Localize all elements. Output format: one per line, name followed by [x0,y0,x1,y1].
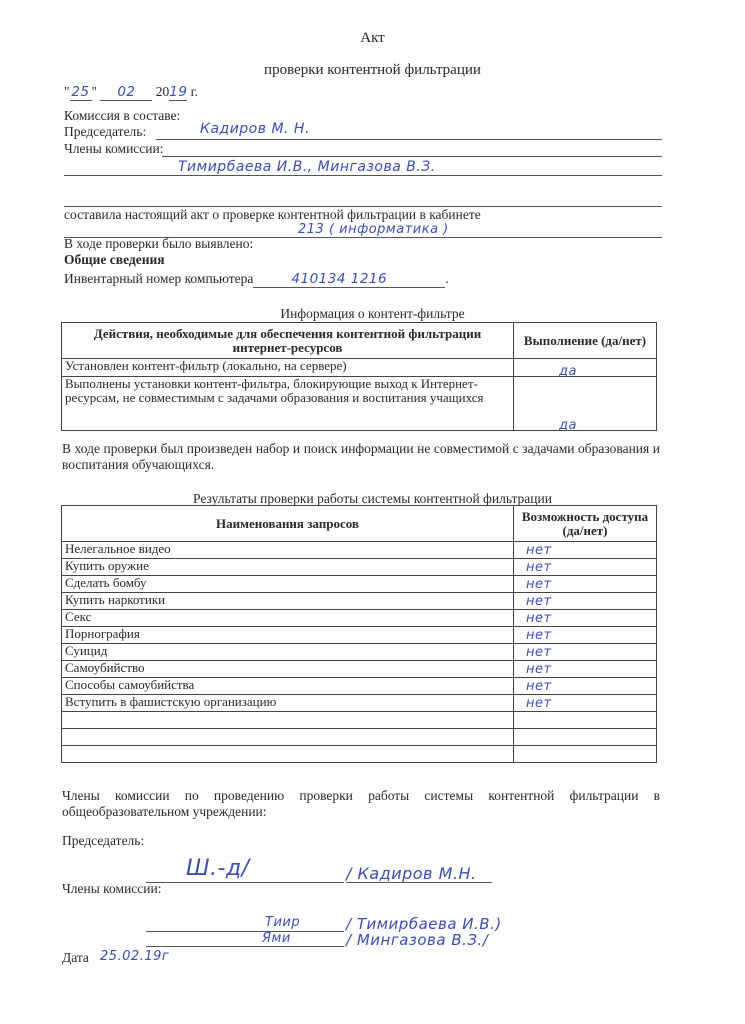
members-value: Тимирбаева И.В., Мингазова В.З. [178,159,436,175]
results-access: нет [526,697,552,711]
date-year: 19 [169,84,187,101]
room-value: 213 ( информатика ) [298,222,449,237]
sig-chair-label: Председатель: [62,833,144,849]
results-access: нет [526,612,552,626]
results-access: нет [526,561,552,575]
date-month: 02 [100,84,152,101]
filter-info-caption: Информация о контент-фильтре [0,306,745,322]
results-query: Сделать бомбу [62,576,514,593]
members-underline-1 [162,156,662,157]
sig-member2-signature: Ями [262,931,291,946]
results-query: Порнография [62,627,514,644]
results-access: нет [526,680,552,694]
results-access: нет [526,595,552,609]
results-query: Способы самоубийства [62,678,514,695]
document-title: Акт [0,30,745,47]
results-access [514,746,657,763]
results-query: Нелегальное видео [62,542,514,559]
signatures-intro: Члены комиссии по проведению проверки ра… [62,788,660,820]
results-query: Вступить в фашистскую организацию [62,695,514,712]
results-query: Купить оружие [62,559,514,576]
filter-info-table: Действия, необходимые для обеспечения ко… [61,322,657,431]
sig-date-label: Дата [62,950,89,966]
results-query [62,746,514,763]
results-query: Суицид [62,644,514,661]
results-col-access: Возможность доступа (да/нет) [514,506,657,542]
results-table: Наименования запросов Возможность доступ… [61,505,657,763]
filter-action: Выполнены установки контент-фильтра, бло… [62,377,514,431]
results-query: Самоубийство [62,661,514,678]
filter-done: да [559,419,577,433]
inventory-value: 410134 1216 [253,271,445,288]
chair-underline [156,139,662,140]
sig-member2-name: / Мингазова В.З./ [346,931,488,949]
results-query: Купить наркотики [62,593,514,610]
results-col-query: Наименования запросов [62,506,514,542]
chair-value: Кадиров М. Н. [200,121,310,137]
results-query [62,712,514,729]
sig-member2-line [146,946,344,947]
sig-chair-signature: Ш.-д/ [186,856,250,881]
results-access: нет [526,544,552,558]
search-paragraph: В ходе проверки был произведен набор и п… [62,441,660,473]
document-subtitle: проверки контентной фильтрации [0,62,745,79]
inventory-row: Инвентарный номер компьютера410134 1216. [64,271,449,288]
members-label: Члены комиссии: [64,141,164,157]
sig-members-label: Члены комиссии: [62,881,162,897]
results-query [62,729,514,746]
filter-col-action: Действия, необходимые для обеспечения ко… [62,323,514,359]
sig-chair-line [146,882,344,883]
compiled-text: составила настоящий акт о проверке конте… [64,207,481,223]
results-access: нет [526,663,552,677]
date-day: 25 [70,84,92,101]
results-query: Секс [62,610,514,627]
filter-action: Установлен контент-фильтр (локально, на … [62,359,514,377]
results-access: нет [526,646,552,660]
sig-chair-name: / Кадиров М.Н. [346,864,477,883]
commission-heading: Комиссия в составе: [64,108,180,124]
results-access [514,712,657,729]
revealed-text: В ходе проверки было выявлено: [64,236,253,252]
results-access: нет [526,578,552,592]
document-date: "25" 02 2019 г. [64,84,198,101]
sig-member1-signature: Тиир [265,915,300,930]
general-heading: Общие сведения [64,252,165,268]
results-access: нет [526,629,552,643]
results-access [514,729,657,746]
sig-member1-line [146,931,344,932]
sig-date-value: 25.02.19г [100,949,169,964]
members-underline-2 [64,175,662,176]
chair-label: Председатель: [64,124,146,140]
filter-col-done: Выполнение (да/нет) [514,323,657,359]
inventory-label: Инвентарный номер компьютера [64,271,253,286]
